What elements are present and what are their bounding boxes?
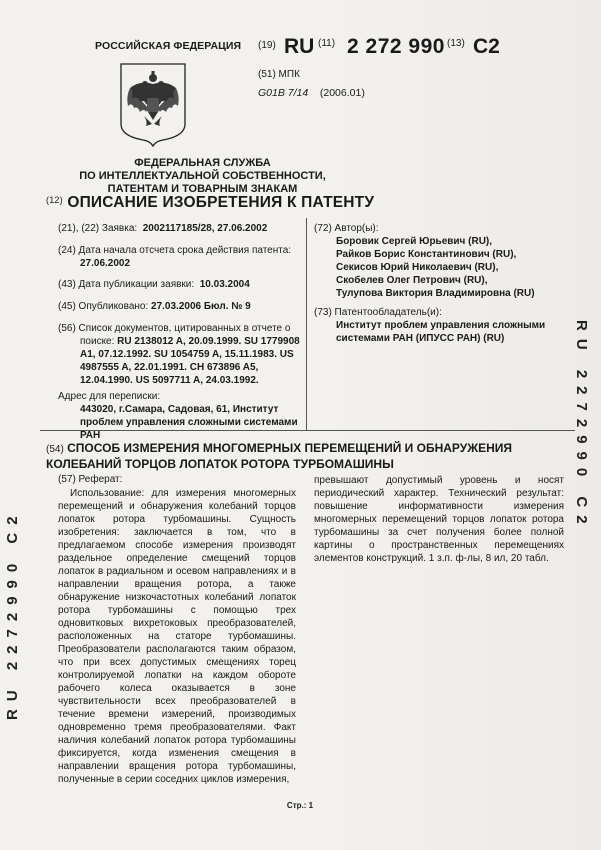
margin-patent-code-left: RU 2272990 C2: [4, 470, 28, 720]
ipc-label: (51) МПК: [258, 69, 300, 80]
field-value: 2002117185/28, 27.06.2002: [143, 223, 268, 234]
abstract-text: превышают допустимый уровень и носят пер…: [314, 474, 564, 565]
field-label: (43) Дата публикации заявки:: [58, 279, 194, 290]
country-name: РОССИЙСКАЯ ФЕДЕРАЦИЯ: [95, 40, 241, 52]
invention-title: (54) СПОСОБ ИЗМЕРЕНИЯ МНОГОМЕРНЫХ ПЕРЕМЕ…: [46, 441, 566, 472]
inid-code-54: (54): [46, 444, 64, 455]
field-label: (21), (22) Заявка:: [58, 223, 137, 234]
abstract-right-column: превышают допустимый уровень и носят пер…: [314, 474, 564, 565]
author-name: Боровик Сергей Юрьевич (RU),: [336, 236, 492, 247]
field-label: (24) Дата начала отсчета срока действия …: [58, 244, 303, 257]
inid-code-13: (13): [447, 38, 465, 49]
field-label: Адрес для переписки:: [58, 390, 303, 403]
patent-page: РОССИЙСКАЯ ФЕДЕРАЦИЯ ФЕДЕРАЛЬНАЯ СЛУЖБА …: [0, 0, 601, 850]
field-term-start: (24) Дата начала отсчета срока действия …: [58, 244, 303, 270]
patent-number: 2 272 990: [347, 35, 445, 59]
abstract-left-column: Использование: для измерения многомерных…: [58, 487, 296, 786]
russian-coat-of-arms-icon: [118, 62, 188, 148]
inid-code-12: (12): [46, 195, 63, 205]
agency-line: ФЕДЕРАЛЬНАЯ СЛУЖБА: [60, 157, 345, 170]
field-application: (21), (22) Заявка: 2002117185/28, 27.06.…: [58, 222, 303, 235]
field-authors: (72) Автор(ы): Боровик Сергей Юрьевич (R…: [314, 222, 559, 300]
field-value: 27.06.2002: [80, 258, 130, 269]
author-name: Скобелев Олег Петрович (RU),: [336, 275, 488, 286]
field-citations: (56) Список документов, цитированных в о…: [58, 322, 308, 387]
address-line: проблем управления сложными системами РА…: [80, 417, 298, 441]
bleed-through-shade: [330, 0, 601, 850]
agency-line: ПО ИНТЕЛЛЕКТУАЛЬНОЙ СОБСТВЕННОСТИ,: [60, 170, 345, 183]
field-label: (72) Автор(ы):: [314, 222, 559, 235]
field-published: (45) Опубликовано: 27.03.2006 Бюл. № 9: [58, 300, 303, 313]
ipc-version: (2006.01): [320, 87, 365, 99]
document-title-text: ОПИСАНИЕ ИЗОБРЕТЕНИЯ К ПАТЕНТУ: [67, 194, 374, 211]
author-name: Тулупова Виктория Владимировна (RU): [336, 288, 535, 299]
inid-code-19: (19): [258, 40, 276, 51]
margin-patent-code-right: RU 2272990 C2: [566, 320, 590, 610]
abstract-text: Использование: для измерения многомерных…: [58, 487, 296, 786]
owner-line: системами РАН (ИПУСС РАН) (RU): [336, 333, 504, 344]
author-name: Секисов Юрий Николаевич (RU),: [336, 262, 498, 273]
abstract-label: (57) Реферат:: [58, 474, 122, 485]
inid-code-11: (11): [318, 38, 335, 49]
ipc-classification: G01B 7/14 (2006.01): [258, 87, 365, 99]
field-address: Адрес для переписки: 443020, г.Самара, С…: [58, 390, 303, 442]
field-value: 27.03.2006 Бюл. № 9: [151, 301, 251, 312]
field-application-publication: (43) Дата публикации заявки: 10.03.2004: [58, 278, 303, 291]
country-code: RU: [284, 35, 314, 59]
field-label: (45) Опубликовано:: [58, 301, 148, 312]
invention-title-text: СПОСОБ ИЗМЕРЕНИЯ МНОГОМЕРНЫХ ПЕРЕМЕЩЕНИЙ…: [46, 441, 512, 471]
kind-code: C2: [473, 35, 500, 59]
owner-line: Институт проблем управления сложными: [336, 320, 545, 331]
author-name: Райков Борис Константинович (RU),: [336, 249, 516, 260]
page-number: Стр.: 1: [255, 801, 345, 810]
field-owner: (73) Патентообладатель(и): Институт проб…: [314, 306, 559, 345]
field-value: 10.03.2004: [200, 279, 250, 290]
field-label: (73) Патентообладатель(и):: [314, 306, 559, 319]
ipc-class: G01B 7/14: [258, 87, 308, 99]
address-line: 443020, г.Самара, Садовая, 61, Институт: [80, 404, 278, 415]
document-title: (12) ОПИСАНИЕ ИЗОБРЕТЕНИЯ К ПАТЕНТУ: [46, 194, 374, 212]
agency-name: ФЕДЕРАЛЬНАЯ СЛУЖБА ПО ИНТЕЛЛЕКТУАЛЬНОЙ С…: [60, 157, 345, 196]
